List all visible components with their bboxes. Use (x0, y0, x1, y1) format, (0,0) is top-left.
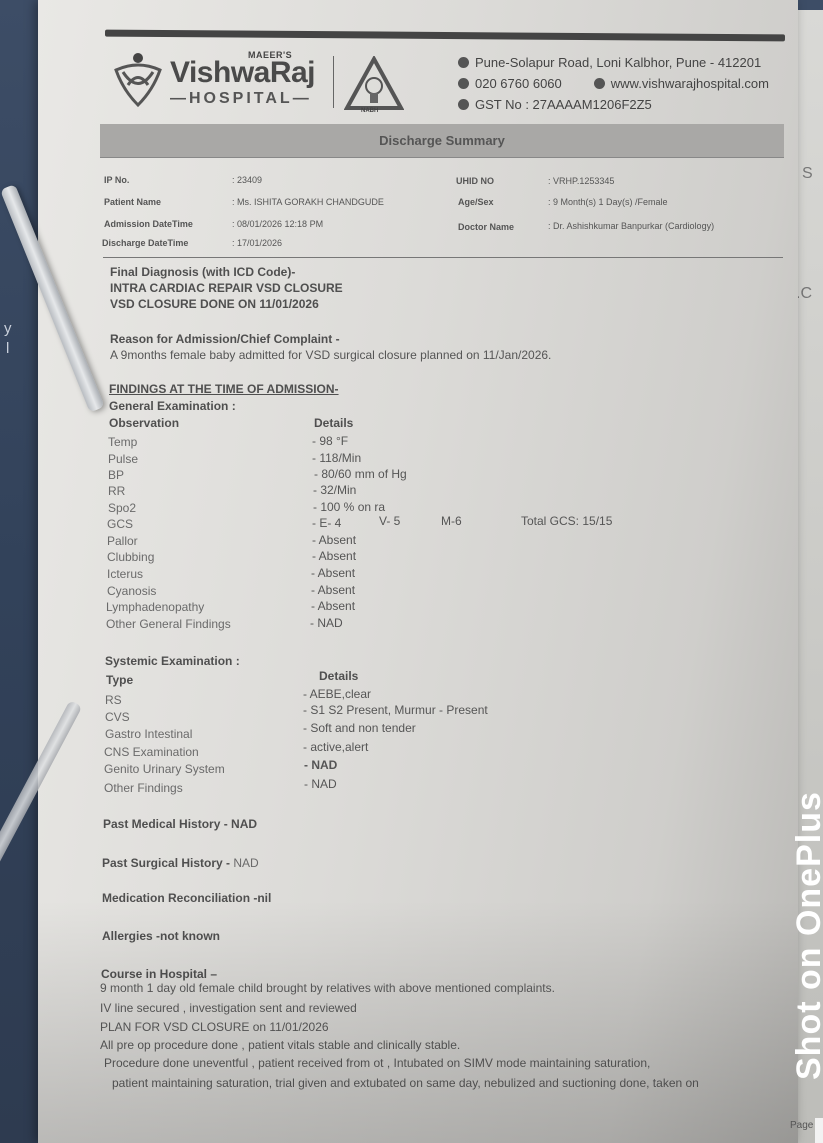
general-row-label: Cyanosis (107, 584, 156, 598)
admission-value: : 08/01/2026 12:18 PM (232, 219, 323, 229)
hospital-phone: 020 6760 6060 (475, 73, 562, 94)
systemic-row-value: - S1 S2 Present, Murmur - Present (303, 703, 488, 717)
observation-column-header: Observation (109, 416, 179, 430)
general-row-value: - Absent (311, 566, 355, 580)
ip-no-label: IP No. (104, 175, 129, 185)
general-row-value: - Absent (312, 549, 356, 563)
details-column-header: Details (314, 416, 353, 430)
uhid-value: : VRHP.1253345 (548, 176, 614, 186)
logo-divider (333, 56, 334, 108)
systemic-examination-heading: Systemic Examination : (105, 654, 240, 668)
nabh-accreditation-icon (344, 56, 404, 111)
course-line: PLAN FOR VSD CLOSURE on 11/01/2026 (100, 1020, 329, 1034)
past-medical-history: Past Medical History - NAD (103, 817, 257, 831)
course-line: patient maintaining saturation, trial gi… (112, 1076, 699, 1090)
general-examination-heading: General Examination : (109, 399, 236, 413)
hospital-logo: MAEER'S VishwaRaj —HOSPITAL— NABH (108, 48, 408, 118)
general-row-label: GCS (107, 517, 133, 531)
general-row-label: Spo2 (108, 501, 136, 515)
general-row-label: Clubbing (107, 550, 154, 564)
phone-icon (458, 78, 469, 89)
general-row-value: - 118/Min (312, 451, 361, 465)
nabh-label: NABH (361, 108, 378, 114)
background-text-fragment: l (6, 340, 9, 357)
info-divider (103, 257, 783, 258)
final-diagnosis-heading: Final Diagnosis (with ICD Code)- (110, 265, 295, 279)
general-row-value: - 80/60 mm of Hg (314, 467, 407, 481)
past-surgical-label: Past Surgical History - (102, 856, 233, 870)
course-in-hospital-heading: Course in Hospital – (101, 967, 217, 981)
background-text-fragment: y (4, 320, 12, 337)
discharge-label: Discharge DateTime (102, 238, 188, 248)
globe-icon (594, 78, 605, 89)
age-sex-value: : 9 Month(s) 1 Day(s) /Female (548, 197, 668, 207)
general-row-value: - Absent (311, 599, 355, 613)
general-row-label: Pulse (108, 452, 138, 466)
patient-name-label: Patient Name (104, 197, 161, 207)
hospital-gst: GST No : 27AAAAM1206F2Z5 (475, 94, 652, 115)
course-line: 9 month 1 day old female child brought b… (100, 981, 555, 995)
reason-text: A 9months female baby admitted for VSD s… (110, 348, 551, 362)
discharge-value: : 17/01/2026 (232, 238, 282, 248)
general-row-value: - NAD (310, 616, 343, 630)
doctor-label: Doctor Name (458, 222, 514, 232)
hospital-address: Pune-Solapur Road, Loni Kalbhor, Pune - … (475, 52, 761, 73)
systemic-row-value: - NAD (304, 777, 337, 791)
general-row-label: Temp (108, 435, 137, 449)
course-line: IV line secured , investigation sent and… (100, 1001, 357, 1015)
general-row-value: - 100 % on ra (313, 500, 385, 514)
systemic-row-label: Gastro Intestinal (105, 727, 192, 741)
general-row-label: BP (108, 468, 124, 482)
camera-watermark: Shot on OnePlus (790, 791, 823, 1080)
systemic-row-label: CNS Examination (104, 745, 199, 759)
uhid-label: UHID NO (456, 176, 494, 186)
patient-name-value: : Ms. ISHITA GORAKH CHANDGUDE (232, 197, 384, 207)
past-surgical-value: NAD (233, 856, 258, 870)
general-row-value: - Absent (311, 583, 355, 597)
hospital-subtitle: —HOSPITAL— (170, 90, 312, 108)
course-line: Procedure done uneventful , patient rece… (104, 1056, 650, 1070)
systemic-row-value: - active,alert (303, 740, 368, 754)
gcs-m: M-6 (441, 514, 462, 528)
hospital-emblem-icon (108, 50, 168, 110)
document-title: Discharge Summary (100, 124, 784, 158)
final-diagnosis-line: VSD CLOSURE DONE ON 11/01/2026 (110, 297, 319, 311)
systemic-row-value: - NAD (304, 758, 337, 772)
page-corner (815, 1118, 823, 1143)
gcs-v: V- 5 (379, 514, 400, 528)
systemic-row-label: Genito Urinary System (104, 762, 225, 776)
hospital-contact: Pune-Solapur Road, Loni Kalbhor, Pune - … (458, 52, 769, 115)
page-label: Page (790, 1120, 813, 1131)
gcs-total: Total GCS: 15/15 (521, 514, 612, 528)
systemic-row-label: CVS (105, 710, 130, 724)
course-line: All pre op procedure done , patient vita… (100, 1038, 460, 1052)
gst-icon (458, 99, 469, 110)
general-row-value: - Absent (312, 533, 356, 547)
general-row-label: Icterus (107, 567, 143, 581)
doctor-value: : Dr. Ashishkumar Banpurkar (Cardiology) (548, 221, 714, 231)
general-row-value: - 32/Min (313, 483, 356, 497)
admission-label: Admission DateTime (104, 219, 193, 229)
reason-heading: Reason for Admission/Chief Complaint - (110, 332, 340, 346)
medication-reconciliation: Medication Reconciliation -nil (102, 891, 271, 905)
hospital-name: VishwaRaj (170, 56, 315, 90)
general-row-label: Pallor (107, 534, 138, 548)
general-row-value: - E- 4 (312, 516, 341, 530)
past-surgical-history: Past Surgical History - NAD (102, 854, 259, 872)
systemic-details-column-header: Details (319, 669, 358, 683)
ip-no-value: : 23409 (232, 175, 262, 185)
findings-heading: FINDINGS AT THE TIME OF ADMISSION- (109, 382, 339, 396)
systemic-row-value: - Soft and non tender (303, 721, 416, 735)
type-column-header: Type (106, 673, 133, 687)
general-row-label: Other General Findings (106, 617, 231, 631)
systemic-row-label: Other Findings (104, 781, 183, 795)
general-row-label: Lymphadenopathy (106, 600, 204, 614)
systemic-row-value: - AEBE,clear (303, 687, 371, 701)
location-pin-icon (458, 57, 469, 68)
general-row-label: RR (108, 484, 125, 498)
background-text-fragment: .C (796, 285, 812, 303)
background-text-fragment: S (802, 165, 813, 183)
systemic-row-label: RS (105, 693, 122, 707)
hospital-website: www.vishwarajhospital.com (611, 73, 769, 94)
general-row-value: - 98 °F (312, 434, 348, 448)
allergies: Allergies -not known (102, 929, 220, 943)
final-diagnosis-line: INTRA CARDIAC REPAIR VSD CLOSURE (110, 281, 343, 295)
age-sex-label: Age/Sex (458, 197, 494, 207)
